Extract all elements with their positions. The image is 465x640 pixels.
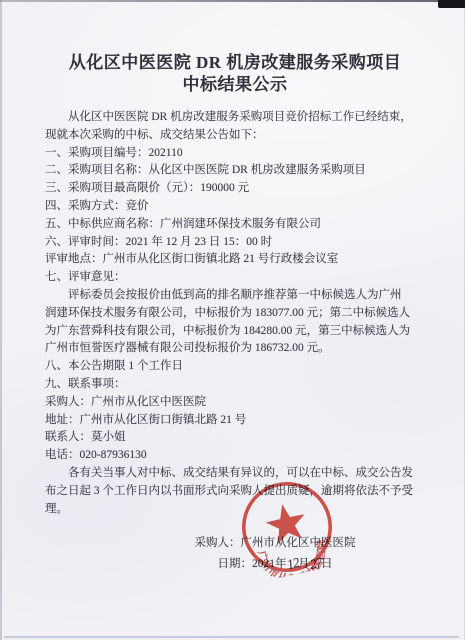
doc-line: 联系人：莫小姐 — [45, 429, 425, 447]
doc-line: 采购人：广州市从化区中医医院 — [45, 394, 425, 412]
scanned-document-page: 从化区中医医院 DR 机房改建服务采购项目 中标结果公示 从化区中医医院 DR … — [0, 0, 465, 640]
doc-line: 各有关当事人对中标、成交结果有异议的，可以在中标、成交公告发 — [45, 465, 425, 483]
title-line-1: 从化区中医医院 DR 机房改建服务采购项目 — [45, 52, 425, 74]
doc-line: 四、采购方式：竞价 — [45, 198, 425, 216]
doc-line: 为广东营舜科技有限公司，中标报价为 184280.00 元，第三中标候选人为 — [45, 323, 425, 341]
doc-line: 电话：020-87936130 — [45, 447, 425, 465]
doc-line: 从化区中医医院 DR 机房改建服务采购项目竞价招标工作已经结束， — [45, 109, 425, 127]
doc-line: 广州市恒誉医疗器械有限公司投标报价为 186732.00 元。 — [45, 340, 425, 358]
doc-line: 七、评审意见： — [45, 269, 425, 287]
document-body: 从化区中医医院 DR 机房改建服务采购项目竞价招标工作已经结束， 现就本次采购的… — [45, 109, 425, 518]
doc-line: 评标委员会按报价由低到高的排名顺序推荐第一中标候选人为广州 — [45, 287, 425, 305]
doc-line: 一、采购项目编号：202110 — [45, 145, 425, 163]
title-line-2: 中标结果公示 — [45, 74, 425, 96]
scan-artifact-bottom-edge — [4, 636, 459, 638]
doc-line: 五、中标供应商名称：广州润建环保技术服务有限公司 — [45, 216, 425, 234]
doc-line: 六、评审时间：2021 年 12 月 23 日 15：00 时 — [45, 234, 425, 252]
doc-line: 润建环保技术服务有限公司，中标报价为 183077.00 元；第二中标候选人 — [45, 305, 425, 323]
doc-line: 三、采购项目最高限价（元）：190000 元 — [45, 180, 425, 198]
seal-star-icon — [263, 500, 309, 545]
doc-line: 八、本公告期限 1 个工作日 — [45, 358, 425, 376]
doc-line: 评审地点：广州市从化区街口街镇北路 21 号行政楼会议室 — [45, 251, 425, 269]
doc-line: 现就本次采购的中标、成交结果公告如下： — [45, 127, 425, 145]
official-seal: 广州市从化区中医医院 — [230, 470, 344, 584]
document-title: 从化区中医医院 DR 机房改建服务采购项目 中标结果公示 — [45, 52, 425, 96]
seal-organization-text: 广州市从化区中医医院 — [255, 537, 335, 584]
scan-artifact-left-edge — [0, 0, 2, 640]
doc-line: 地址：广州市从化区街口街镇北路 21 号 — [45, 412, 425, 430]
scan-artifact-corner-mark — [438, 0, 465, 8]
doc-line: 二、采购项目名称：从化区中医医院 DR 机房改建服务采购项目 — [45, 162, 425, 180]
doc-line: 九、联系事项： — [45, 376, 425, 394]
